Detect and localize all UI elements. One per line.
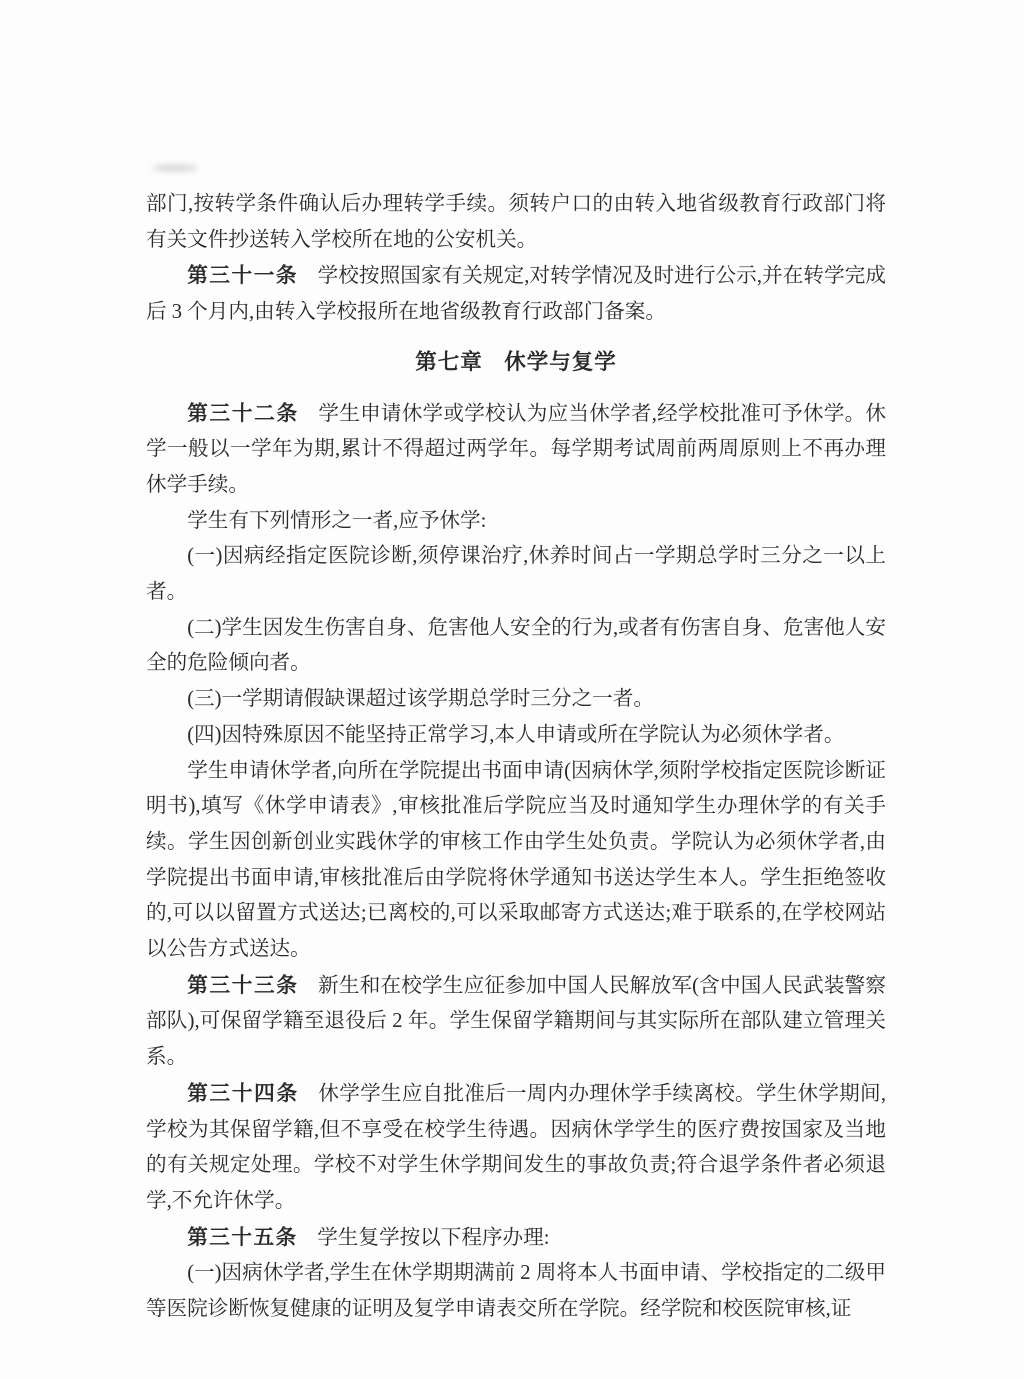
paragraph: 第三十一条学校按照国家有关规定,对转学情况及时进行公示,并在转学完成后 3 个月…	[146, 258, 886, 330]
paragraph-text: (三)一学期请假缺课超过该学期总学时三分之一者。	[187, 688, 654, 710]
paragraph: 学生有下列情形之一者,应予休学:	[146, 504, 886, 540]
paragraph: 学生申请休学者,向所在学院提出书面申请(因病休学,须附学校指定医院诊断证明书),…	[146, 754, 886, 968]
article-number: 第三十三条	[187, 974, 298, 997]
paragraph-text: (二)学生因发生伤害自身、危害他人安全的行为,或者有伤害自身、危害他人安全的危险…	[146, 617, 886, 675]
paragraph: 第三十四条休学学生应自批准后一周内办理休学手续离校。学生休学期间,学校为其保留学…	[146, 1076, 886, 1220]
paragraph-text: 学生有下列情形之一者,应予休学:	[187, 510, 486, 532]
paragraph-text: (一)因病休学者,学生在休学期期满前 2 周将本人书面申请、学校指定的二级甲等医…	[146, 1262, 886, 1320]
paragraph: 第三十五条学生复学按以下程序办理:	[146, 1220, 886, 1257]
paragraph-text: 学生复学按以下程序办理:	[317, 1227, 549, 1249]
paragraph-text: 部门,按转学条件确认后办理转学手续。须转户口的由转入地省级教育行政部门将有关文件…	[146, 193, 886, 251]
chapter-number: 第七章	[415, 350, 483, 374]
page-content: 部门,按转学条件确认后办理转学手续。须转户口的由转入地省级教育行政部门将有关文件…	[146, 187, 886, 1328]
paragraph: 部门,按转学条件确认后办理转学手续。须转户口的由转入地省级教育行政部门将有关文件…	[146, 187, 886, 258]
paragraph-text: 学生申请休学者,向所在学院提出书面申请(因病休学,须附学校指定医院诊断证明书),…	[146, 760, 886, 961]
paragraph: (三)一学期请假缺课超过该学期总学时三分之一者。	[146, 682, 886, 718]
paragraph-text: (一)因病经指定医院诊断,须停课治疗,休养时间占一学期总学时三分之一以上者。	[146, 545, 886, 603]
article-number: 第三十一条	[187, 264, 298, 287]
chapter-title: 休学与复学	[504, 350, 617, 374]
article-number: 第三十四条	[187, 1082, 299, 1105]
paragraph: (一)因病经指定医院诊断,须停课治疗,休养时间占一学期总学时三分之一以上者。	[146, 539, 886, 610]
paragraph: (二)学生因发生伤害自身、危害他人安全的行为,或者有伤害自身、危害他人安全的危险…	[146, 611, 886, 682]
paragraph: 第三十二条学生申请休学或学校认为应当休学者,经学校批准可予休学。休学一般以一学年…	[146, 396, 886, 504]
chapter-heading: 第七章休学与复学	[146, 345, 886, 381]
article-number: 第三十二条	[187, 402, 299, 425]
article-number: 第三十五条	[187, 1226, 297, 1249]
document-page: 部门,按转学条件确认后办理转学手续。须转户口的由转入地省级教育行政部门将有关文件…	[0, 0, 1024, 1379]
paragraph: (一)因病休学者,学生在休学期期满前 2 周将本人书面申请、学校指定的二级甲等医…	[146, 1256, 886, 1327]
paragraph-text: (四)因特殊原因不能坚持正常学习,本人申请或所在学院认为必须休学者。	[187, 724, 844, 746]
paragraph: 第三十三条新生和在校学生应征参加中国人民解放军(含中国人民武装警察部队),可保留…	[146, 968, 886, 1076]
scan-smudge-artifact	[152, 164, 198, 172]
paragraph: (四)因特殊原因不能坚持正常学习,本人申请或所在学院认为必须休学者。	[146, 718, 886, 754]
